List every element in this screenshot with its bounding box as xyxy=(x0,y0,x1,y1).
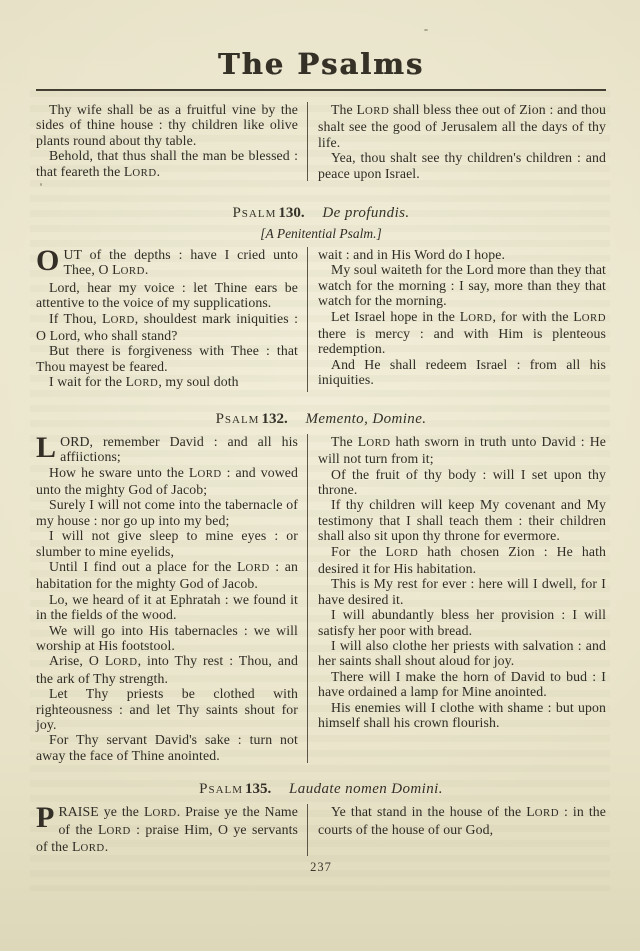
verse-paragraph: wait : and in His Word do I hope. xyxy=(318,247,606,262)
psalm-132-section: Psalm132. Memento, Domine. LORD, remembe… xyxy=(36,411,606,764)
small-caps-lord: ORD xyxy=(134,377,158,389)
small-caps-lord: ORD xyxy=(111,314,135,326)
book-page: The Psalms Thy wife shall be as a fruitf… xyxy=(0,0,640,951)
verse-paragraph: Lord, hear my voice : let Thine ears be … xyxy=(36,280,298,311)
right-column: The LORD shall bless thee out of Zion : … xyxy=(307,102,606,181)
small-caps-lord: ORD xyxy=(246,562,270,574)
paper-speck xyxy=(424,29,428,31)
small-caps-lord: ORD xyxy=(394,547,418,559)
psalm-latin-title: Memento, Domine. xyxy=(305,411,426,427)
psalm-135-heading: Psalm135. Laudate nomen Domini. xyxy=(36,781,606,798)
psalm-128-continuation: Thy wife shall be as a fruitful vine by … xyxy=(36,102,606,181)
verse-paragraph: I will not give sleep to mine eyes : or … xyxy=(36,528,298,559)
verse-paragraph: I will also clothe her priests with salv… xyxy=(318,638,606,669)
verse-paragraph: For Thy servant David's sake : turn not … xyxy=(36,732,298,763)
verse-paragraph: Behold, that thus shall the man be bless… xyxy=(36,148,298,181)
verse-paragraph: LORD, remember David : and all his affii… xyxy=(36,434,298,465)
verse-paragraph: I will abundantly bless her provision : … xyxy=(318,607,606,638)
psalm-132-heading: Psalm132. Memento, Domine. xyxy=(36,411,606,428)
verse-paragraph: And He shall redeem Israel : from all hi… xyxy=(318,357,606,388)
psalm-latin-title: Laudate nomen Domini. xyxy=(289,781,443,797)
small-caps-lord: ORD xyxy=(132,167,156,179)
small-caps-lord: ORD xyxy=(468,312,492,324)
psalm-132-body: LORD, remember David : and all his affii… xyxy=(36,434,606,764)
verse-paragraph: My soul waiteth for the Lord more than t… xyxy=(318,262,606,308)
psalm-130-subtitle: [A Penitential Psalm.] xyxy=(36,226,606,242)
verse-paragraph: Let Israel hope in the LORD, for with th… xyxy=(318,309,606,357)
verse-paragraph: His enemies will I clothe with shame : b… xyxy=(318,700,606,731)
verse-paragraph: If Thou, LORD, shouldest mark iniquities… xyxy=(36,311,298,344)
small-caps-lord: ORD xyxy=(366,437,390,449)
verse-paragraph: Of the fruit of thy body : will I set up… xyxy=(318,467,606,498)
verse-paragraph: Lo, we heard of it at Ephratah : we foun… xyxy=(36,592,298,623)
verse-paragraph: How he sware unto the LORD : and vowed u… xyxy=(36,465,298,498)
psalm-130-section: Psalm130. De profundis. [A Penitential P… xyxy=(36,205,606,392)
small-caps-lord: ORD xyxy=(152,807,176,819)
drop-cap: L xyxy=(36,434,60,462)
psalm-latin-title: De profundis. xyxy=(322,205,409,221)
right-column: The LORD hath sworn in truth unto David … xyxy=(307,434,606,764)
right-column: Ye that stand in the house of the LORD :… xyxy=(307,804,606,856)
left-column: OUT of the depths : have I cried unto Th… xyxy=(36,247,307,392)
small-caps-lord: ORD xyxy=(121,265,145,277)
verse-paragraph: PRAISE ye the LORD. Praise ye the Name o… xyxy=(36,804,298,856)
paper-speck xyxy=(40,183,42,186)
verse-paragraph: Surely I will not come into the tabernac… xyxy=(36,497,298,528)
left-column: LORD, remember David : and all his affii… xyxy=(36,434,307,764)
verse-paragraph: Until I find out a place for the LORD : … xyxy=(36,559,298,592)
psalm-135-body: PRAISE ye the LORD. Praise ye the Name o… xyxy=(36,804,606,856)
verse-paragraph: Yea, thou shalt see thy children's child… xyxy=(318,150,606,181)
drop-cap: O xyxy=(36,247,63,275)
psalm-135-section: Psalm135. Laudate nomen Domini. PRAISE y… xyxy=(36,781,606,856)
verse-paragraph: This is My rest for ever : here will I d… xyxy=(318,576,606,607)
small-caps-lord: ORD xyxy=(113,656,137,668)
verse-paragraph: The LORD hath sworn in truth unto David … xyxy=(318,434,606,467)
psalm-130-body: OUT of the depths : have I cried unto Th… xyxy=(36,247,606,392)
drop-cap: P xyxy=(36,804,58,832)
right-column: wait : and in His Word do I hope.My soul… xyxy=(307,247,606,392)
psalm-heading-word: Psalm xyxy=(216,411,260,427)
verse-paragraph: We will go into His tabernacles : we wil… xyxy=(36,623,298,654)
small-caps-lord: ORD xyxy=(365,105,389,117)
psalm-130-heading: Psalm130. De profundis. xyxy=(36,205,606,222)
psalm-heading-number: 130. xyxy=(278,205,304,221)
verse-paragraph: There will I make the horn of David to b… xyxy=(318,669,606,700)
verse-paragraph: Thy wife shall be as a fruitful vine by … xyxy=(36,102,298,148)
title-rule xyxy=(36,89,606,91)
small-caps-lord: ORD xyxy=(535,807,559,819)
psalm-heading-number: 132. xyxy=(261,411,287,427)
psalm-heading-word: Psalm xyxy=(199,781,243,797)
verse-paragraph: Let Thy priests be clothed with righteou… xyxy=(36,686,298,732)
left-column: Thy wife shall be as a fruitful vine by … xyxy=(36,102,307,181)
verse-paragraph: For the LORD hath chosen Zion : He hath … xyxy=(318,544,606,577)
page-number: 237 xyxy=(36,860,606,875)
small-caps-lord: ORD xyxy=(197,468,221,480)
verse-paragraph: The LORD shall bless thee out of Zion : … xyxy=(318,102,606,150)
left-column: PRAISE ye the LORD. Praise ye the Name o… xyxy=(36,804,307,856)
psalm-heading-word: Psalm xyxy=(232,205,276,221)
page-title: The Psalms xyxy=(36,46,606,82)
verse-paragraph: But there is forgiveness with Thee : tha… xyxy=(36,343,298,374)
verse-paragraph: Ye that stand in the house of the LORD :… xyxy=(318,804,606,837)
verse-paragraph: OUT of the depths : have I cried unto Th… xyxy=(36,247,298,280)
verse-paragraph: If thy children will keep My covenant an… xyxy=(318,497,606,543)
verse-paragraph: I wait for the LORD, my soul doth xyxy=(36,374,298,391)
small-caps-lord: ORD xyxy=(107,825,131,837)
small-caps-lord: ORD xyxy=(80,842,104,854)
small-caps-lord: ORD xyxy=(582,312,606,324)
psalm-heading-number: 135. xyxy=(245,781,271,797)
verse-paragraph: Arise, O LORD, into Thy rest : Thou, and… xyxy=(36,653,298,686)
